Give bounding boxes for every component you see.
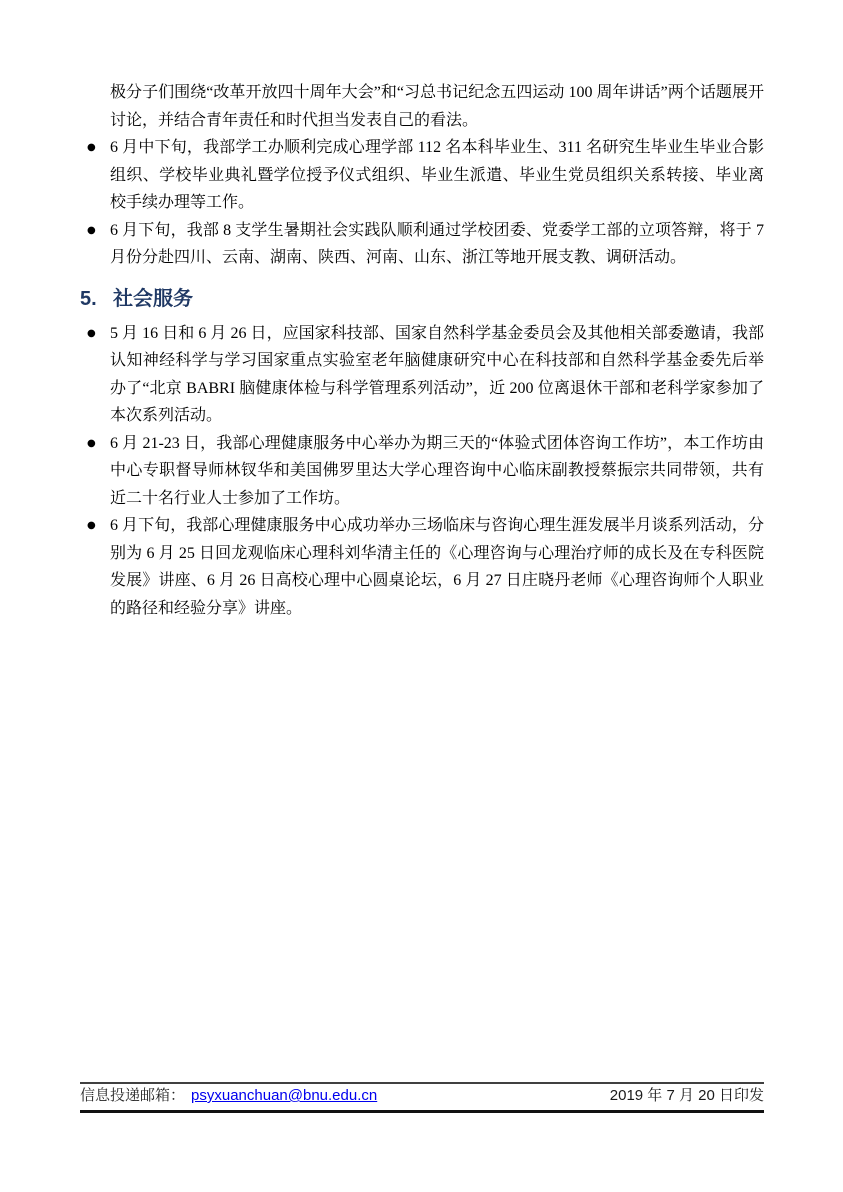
list-item-text: 6 月 21-23 日，我部心理健康服务中心举办为期三天的“体验式团体咨询工作坊… <box>110 435 764 507</box>
list-item-text: 6 月中下旬，我部学工办顺利完成心理学部 112 名本科毕业生、311 名研究生… <box>110 139 764 211</box>
bullet-icon: ● <box>87 217 96 245</box>
list-item: ● 6 月中下旬，我部学工办顺利完成心理学部 112 名本科毕业生、311 名研… <box>80 134 764 217</box>
bullet-icon: ● <box>87 430 96 458</box>
footer-email-group: 信息投递邮箱：psyxuanchuan@bnu.edu.cn <box>80 1085 377 1107</box>
section-heading: 5.社会服务 <box>80 284 764 314</box>
section-title: 社会服务 <box>113 288 193 310</box>
document-page: 极分子们围绕“改革开放四十周年大会”和“习总书记纪念五四运动 100 周年讲话”… <box>0 0 843 1192</box>
list-item-text: 6 月下旬，我部心理健康服务中心成功举办三场临床与咨询心理生涯发展半月谈系列活动… <box>110 517 764 617</box>
list-item: ● 5 月 16 日和 6 月 26 日，应国家科技部、国家自然科学基金委员会及… <box>80 320 764 430</box>
document-body: 极分子们围绕“改革开放四十周年大会”和“习总书记纪念五四运动 100 周年讲话”… <box>80 79 764 622</box>
page-footer: 信息投递邮箱：psyxuanchuan@bnu.edu.cn 2019 年 7 … <box>80 1082 764 1113</box>
bullet-icon: ● <box>87 134 96 162</box>
list-item: ● 6 月下旬，我部心理健康服务中心成功举办三场临床与咨询心理生涯发展半月谈系列… <box>80 512 764 622</box>
list-item: ● 6 月 21-23 日，我部心理健康服务中心举办为期三天的“体验式团体咨询工… <box>80 430 764 513</box>
bullet-list-section: ● 5 月 16 日和 6 月 26 日，应国家科技部、国家自然科学基金委员会及… <box>80 320 764 623</box>
bullet-icon: ● <box>87 512 96 540</box>
footer-bottom-rule <box>80 1110 764 1113</box>
list-item-text: 5 月 16 日和 6 月 26 日，应国家科技部、国家自然科学基金委员会及其他… <box>110 325 764 425</box>
paragraph-continuation: 极分子们围绕“改革开放四十周年大会”和“习总书记纪念五四运动 100 周年讲话”… <box>80 79 764 134</box>
bullet-list-top: ● 6 月中下旬，我部学工办顺利完成心理学部 112 名本科毕业生、311 名研… <box>80 134 764 272</box>
section-number: 5. <box>80 284 113 314</box>
footer-row: 信息投递邮箱：psyxuanchuan@bnu.edu.cn 2019 年 7 … <box>80 1084 764 1108</box>
email-link[interactable]: psyxuanchuan@bnu.edu.cn <box>191 1087 377 1104</box>
list-item-text: 6 月下旬，我部 8 支学生暑期社会实践队顺利通过学校团委、党委学工部的立项答辩… <box>110 222 764 267</box>
footer-email-label: 信息投递邮箱： <box>80 1087 185 1104</box>
list-item: ● 6 月下旬，我部 8 支学生暑期社会实践队顺利通过学校团委、党委学工部的立项… <box>80 217 764 272</box>
footer-date: 2019 年 7 月 20 日印发 <box>610 1085 764 1107</box>
bullet-icon: ● <box>87 320 96 348</box>
